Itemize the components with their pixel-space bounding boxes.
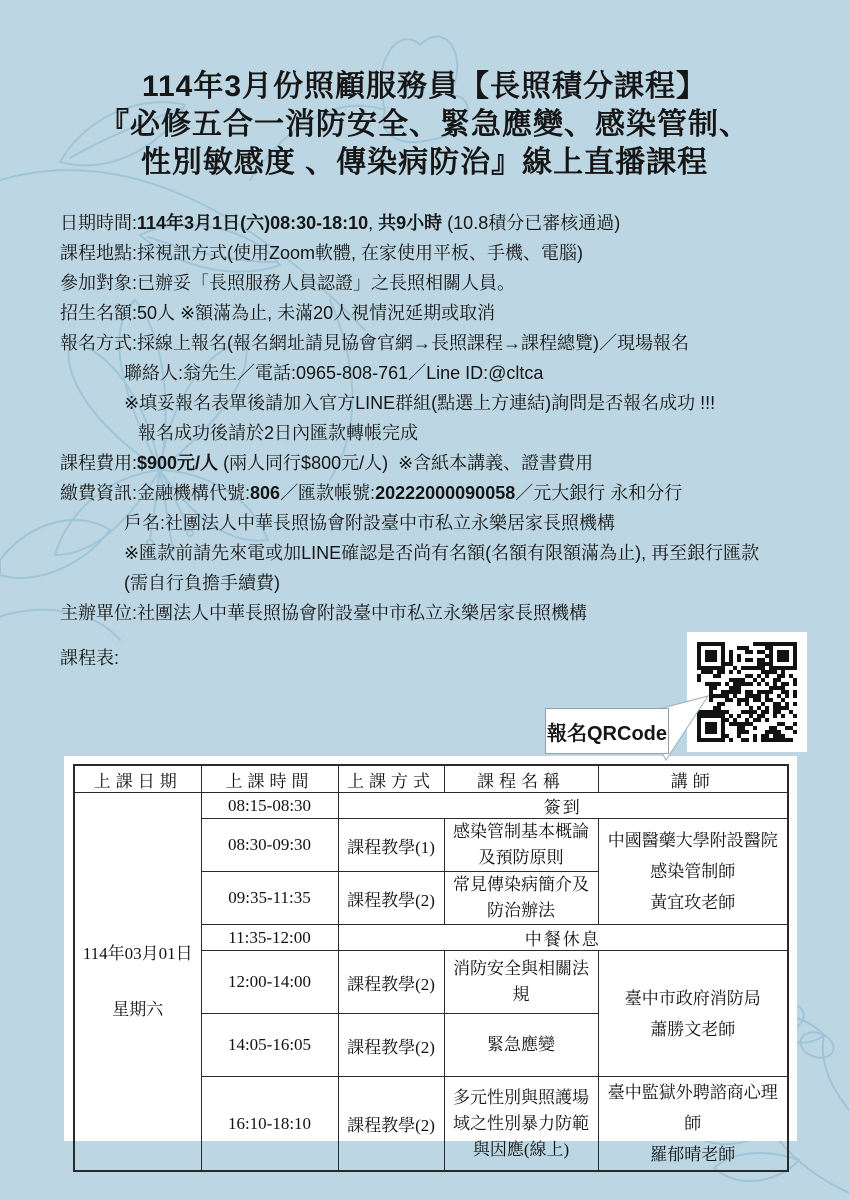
method-cell: 課程教學(2) <box>338 1014 444 1077</box>
time-cell: 11:35-12:00 <box>201 925 338 951</box>
course-cell: 緊急應變 <box>444 1014 598 1077</box>
info-line: 參加對象:已辦妥「長照服務人員認證」之長照相關人員。 <box>60 268 849 298</box>
course-cell: 中餐休息 <box>338 925 788 951</box>
date-line: 114年03月01日 <box>79 941 197 967</box>
time-cell: 12:00-14:00 <box>201 951 338 1014</box>
info-line: 主辦單位:社團法人中華長照協會附設臺中市私立永樂居家長照機構 <box>60 598 849 628</box>
weekday-line: 星期六 <box>79 997 197 1023</box>
info-line: 聯絡人:翁先生／電話:0965-808-761／Line ID:@cltca <box>60 358 849 388</box>
info-line: (需自行負擔手續費) <box>60 568 849 598</box>
info-line: 戶名:社團法人中華長照協會附設臺中市私立永樂居家長照機構 <box>60 508 849 538</box>
title-line-1: 114年3月份照顧服務員【長照積分課程】 <box>0 68 849 106</box>
info-line: 日期時間:114年3月1日(六)08:30-18:10, 共9小時 (10.8積… <box>60 208 849 238</box>
header-method: 上課方式 <box>338 765 444 793</box>
method-cell: 課程教學(1) <box>338 819 444 872</box>
schedule-header-row: 上課日期 上課時間 上課方式 課程名稱 講師 <box>74 765 788 793</box>
lecturer-cell: 臺中市政府消防局 蕭勝文老師 <box>598 951 788 1077</box>
time-cell: 08:15-08:30 <box>201 793 338 819</box>
schedule-card: 上課日期 上課時間 上課方式 課程名稱 講師 114年03月01日 星期六 08… <box>64 756 797 1141</box>
course-cell: 常見傳染病簡介及防治辦法 <box>444 872 598 925</box>
info-line: 繳費資訊:金融機構代號:806／匯款帳號:20222000090058／元大銀行… <box>60 478 849 508</box>
title-line-2: 『必修五合一消防安全、緊急應變、感染管制、 <box>0 106 849 144</box>
info-line: 課程地點:採視訊方式(使用Zoom軟體, 在家使用平板、手機、電腦) <box>60 238 849 268</box>
info-line: ※填妥報名表單後請加入官方LINE群組(點選上方連結)詢問是否報名成功 !!! <box>60 388 849 418</box>
info-line: 課程費用:$900元/人 (兩人同行$800元/人) ※含紙本講義、證書費用 <box>60 448 849 478</box>
qr-label-bubble: 報名QRCode <box>545 708 669 754</box>
info-line: ※匯款前請先來電或加LINE確認是否尚有名額(名額有限額滿為止), 再至銀行匯款 <box>60 538 849 568</box>
header-date: 上課日期 <box>74 765 201 793</box>
qr-label: 報名QRCode <box>547 717 667 746</box>
course-cell: 感染管制基本概論及預防原則 <box>444 819 598 872</box>
schedule-table: 上課日期 上課時間 上課方式 課程名稱 講師 114年03月01日 星期六 08… <box>73 764 789 1172</box>
time-cell: 09:35-11:35 <box>201 872 338 925</box>
header-time: 上課時間 <box>201 765 338 793</box>
info-line: 報名成功後請於2日內匯款轉帳完成 <box>60 418 849 448</box>
title-line-3: 性別敏感度 、傳染病防治』線上直播課程 <box>0 144 849 182</box>
date-cell: 114年03月01日 星期六 <box>74 793 201 1172</box>
method-cell: 課程教學(2) <box>338 951 444 1014</box>
table-row: 114年03月01日 星期六 08:15-08:30 簽到 <box>74 793 788 819</box>
method-cell: 課程教學(2) <box>338 872 444 925</box>
method-cell: 課程教學(2) <box>338 1077 444 1172</box>
course-cell: 多元性別與照護場域之性別暴力防範與因應(線上) <box>444 1077 598 1172</box>
header-course: 課程名稱 <box>444 765 598 793</box>
info-line: 招生名額:50人 ※額滿為止, 未滿20人視情況延期或取消 <box>60 298 849 328</box>
flyer-title: 114年3月份照顧服務員【長照積分課程】 『必修五合一消防安全、緊急應變、感染管… <box>0 68 849 182</box>
course-cell: 簽到 <box>338 793 788 819</box>
header-lecturer: 講師 <box>598 765 788 793</box>
time-cell: 08:30-09:30 <box>201 819 338 872</box>
time-cell: 16:10-18:10 <box>201 1077 338 1172</box>
info-line: 報名方式:採線上報名(報名網址請見協會官網→長照課程→課程總覽)／現場報名 <box>60 328 849 358</box>
lecturer-cell: 中國醫藥大學附設醫院 感染管制師 黃宜玫老師 <box>598 819 788 925</box>
course-cell: 消防安全與相關法規 <box>444 951 598 1014</box>
time-cell: 14:05-16:05 <box>201 1014 338 1077</box>
info-section: 日期時間:114年3月1日(六)08:30-18:10, 共9小時 (10.8積… <box>60 208 849 628</box>
lecturer-cell: 臺中監獄外聘諮商心理師 羅郁晴老師 <box>598 1077 788 1172</box>
